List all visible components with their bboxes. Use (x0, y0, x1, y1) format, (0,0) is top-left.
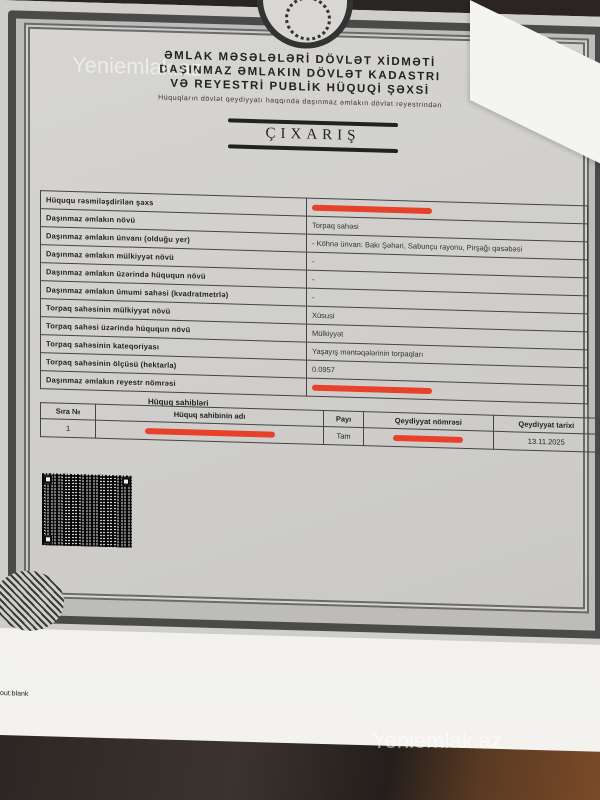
cell-reg_date: 13.11.2025 (493, 431, 599, 452)
qr-finder (44, 535, 52, 543)
qr-finder (44, 475, 52, 483)
browser-footer-text: out:blank (0, 690, 28, 698)
watermark: Yeniemlak.az (372, 728, 502, 754)
watermark: Yeniemlak.az (72, 52, 202, 82)
column-header: Sıra № (41, 403, 96, 421)
cell-reg_no (364, 428, 494, 450)
document-title: ÇIXARIŞ (228, 124, 398, 146)
document-title-block: ÇIXARIŞ (228, 118, 398, 151)
column-header: Payı (324, 411, 364, 428)
cell-share: Tam (324, 427, 364, 446)
qr-code (42, 473, 132, 548)
property-table: Hüququ rəsmiləşdirilən şəxsDaşınmaz əmla… (40, 190, 588, 404)
redaction-mark (145, 428, 275, 438)
redaction-mark (312, 385, 432, 394)
redaction-mark (312, 205, 432, 214)
cell-no: 1 (41, 419, 96, 439)
qr-finder (122, 477, 130, 485)
emblem-icon (285, 0, 331, 41)
redaction-mark (393, 435, 463, 443)
